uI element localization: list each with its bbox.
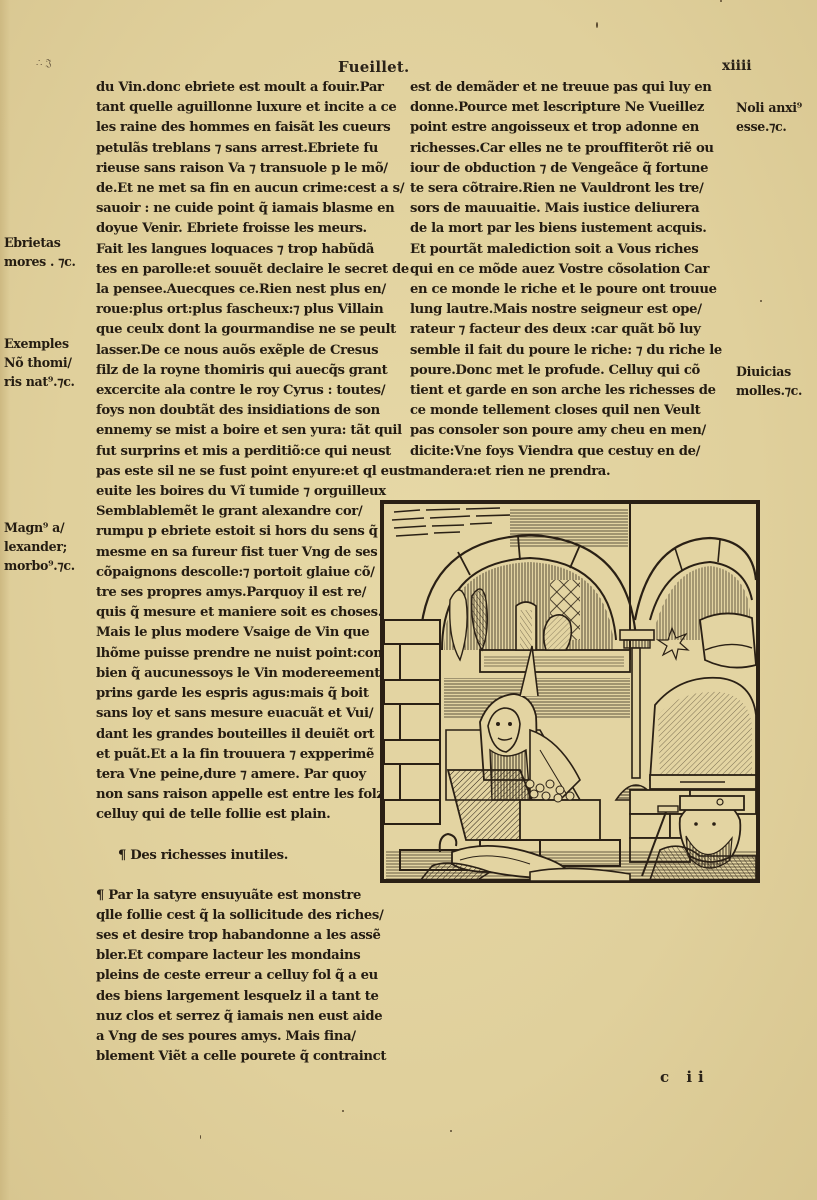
paper-speck <box>200 1135 201 1139</box>
text-line: prins garde les espris agus:mais q̃ boit <box>96 684 416 704</box>
text-line: lasser.De ce nous auõs exẽple de Cresus <box>96 341 416 361</box>
text-line: a Vng de ses poures amys. Mais fina/ <box>96 1027 416 1047</box>
text-line: blement Viẽt a celle pourete q̃ contrain… <box>96 1047 416 1067</box>
margin-note-line: morbo⁹.⁊c. <box>4 556 75 575</box>
text-line: tant quelle aguillonne luxure et incite … <box>96 98 416 118</box>
paper-speck <box>450 1130 452 1132</box>
text-line: te sera cõtraire.Rien ne Vauldront les t… <box>410 179 735 199</box>
text-line: richesses.Car elles ne te prouffiterõt r… <box>410 139 735 159</box>
margin-note-line: Nõ thomi/ <box>4 353 75 372</box>
text-line: roue:plus ort:plus fascheux:⁊ plus Villa… <box>96 300 416 320</box>
text-line: pas consoler son poure amy cheu en men/ <box>410 421 735 441</box>
text-line: lung lautre.Mais nostre seigneur est ope… <box>410 300 735 320</box>
folio-number: xiiii <box>722 58 752 74</box>
text-line: euite les boires du Vĩ tumide ⁊ orguille… <box>96 482 416 502</box>
text-line: iour de obduction ⁊ de Vengeãce q̃ fortu… <box>410 159 735 179</box>
margin-note-line: Noli anxi⁹ <box>736 98 802 117</box>
paper-speck <box>720 0 722 2</box>
text-line: excercite ala contre le roy Cyrus : tout… <box>96 381 416 401</box>
text-line: Fait les langues loquaces ⁊ trop habũdã <box>96 240 416 260</box>
text-line: sauoir : ne cuide point q̃ iamais blasme… <box>96 199 416 219</box>
text-line: tera Vne peine,dure ⁊ amere. Par quoy <box>96 765 416 785</box>
text-line: donne.Pource met lescripture Ne Vueillez <box>410 98 735 118</box>
margin-note-line: ris nat⁹.⁊c. <box>4 372 75 391</box>
section-heading: ¶ Des richesses inutiles. <box>96 846 416 866</box>
text-line: poure.Donc met le profude. Celluy qui cõ <box>410 361 735 381</box>
text-line: bler.Et compare lacteur les mondains <box>96 946 416 966</box>
margin-note-line: esse.⁊c. <box>736 117 802 136</box>
text-line: Et pourtãt malediction soit a Vous riche… <box>410 240 735 260</box>
text-line: doyue Venir. Ebriete froisse les meurs. <box>96 219 416 239</box>
text-line: la pensee.Auecques ce.Rien nest plus en/ <box>96 280 416 300</box>
text-line: Mais le plus modere Vsaige de Vin que <box>96 623 416 643</box>
text-line: rateur ⁊ facteur des deux :car quãt bõ l… <box>410 320 735 340</box>
text-line: cõpaignons descolle:⁊ portoit glaiue cõ/ <box>96 563 416 583</box>
text-line: en ce monde le riche et le poure ont tro… <box>410 280 735 300</box>
margin-note-line: Ebrietas <box>4 233 76 252</box>
text-line: est de demãder et ne treuue pas qui luy … <box>410 78 735 98</box>
text-line: ce monde tellement closes quil nen Veult <box>410 401 735 421</box>
paper-speck <box>760 300 762 302</box>
text-line: rumpu p ebriete estoit si hors du sens q… <box>96 522 416 542</box>
text-line: lhõme puisse prendre ne nuist point:com/ <box>96 644 416 664</box>
text-line: mesme en sa fureur fist tuer Vng de ses <box>96 543 416 563</box>
text-line: tre ses propres amys.Parquoy il est re/ <box>96 583 416 603</box>
miser-woodcut-icon <box>380 500 760 883</box>
text-line: mandera:et rien ne prendra. <box>410 462 735 482</box>
text-line: que ceulx dont la gourmandise ne se peul… <box>96 320 416 340</box>
text-line: de.Et ne met sa fin en aucun crime:cest … <box>96 179 416 199</box>
right-column: est de demãder et ne treuue pas qui luy … <box>410 78 735 482</box>
text-line: sans loy et sans mesure euacuãt et Vui/ <box>96 704 416 724</box>
margin-note-diuicias: Diuicias molles.⁊c. <box>736 362 802 400</box>
text-line: de la mort par les biens iustement acqui… <box>410 219 735 239</box>
text-line: celluy qui de telle follie est plain. <box>96 805 416 825</box>
text-line: petulãs treblans ⁊ sans arrest.Ebriete f… <box>96 139 416 159</box>
signature-mark: c ii <box>660 1068 710 1086</box>
woodcut-illustration <box>380 500 760 883</box>
text-line: tient et garde en son arche les richesse… <box>410 381 735 401</box>
margin-note-noli-anxius: Noli anxi⁹ esse.⁊c. <box>736 98 802 136</box>
margin-note-alexander: Magn⁹ a/ lexander; morbo⁹.⁊c. <box>4 518 75 575</box>
text-line: et puãt.Et a la fin trouuera ⁊ expperimẽ <box>96 745 416 765</box>
text-line: filz de la royne thomiris qui auecq̃s gr… <box>96 361 416 381</box>
text-line: non sans raison appelle est entre les fo… <box>96 785 416 805</box>
spacer <box>96 866 416 886</box>
margin-note-exemples: Exemples Nõ thomi/ ris nat⁹.⁊c. <box>4 334 75 391</box>
margin-note-line: Magn⁹ a/ <box>4 518 75 537</box>
text-line: qui en ce mõde auez Vostre cõsolation Ca… <box>410 260 735 280</box>
text-line: foys non doubtãt des insidiations de son <box>96 401 416 421</box>
text-line: rieuse sans raison Va ⁊ transuole p le m… <box>96 159 416 179</box>
margin-note-line: Exemples <box>4 334 75 353</box>
text-line: ennemy se mist a boire et sen yura: tãt … <box>96 421 416 441</box>
text-line: pas este sil ne se fust point enyure:et … <box>96 462 416 482</box>
text-line: ses et desire trop habandonne a les assẽ <box>96 926 416 946</box>
margin-note-line: Diuicias <box>736 362 802 381</box>
margin-note-line: molles.⁊c. <box>736 381 802 400</box>
text-line: sors de mauuaitie. Mais iustice deliurer… <box>410 199 735 219</box>
text-line: point estre angoisseux et trop adonne en <box>410 118 735 138</box>
corner-mark: ∴ 𝔍 <box>36 58 52 69</box>
text-line: bien q̃ aucunessoys le Vin modereement <box>96 664 416 684</box>
text-line: semble il fait du poure le riche: ⁊ du r… <box>410 341 735 361</box>
book-page: ∴ 𝔍 Fueillet. xiiii du Vin.donc ebriete … <box>0 0 817 1200</box>
text-line: les raine des hommes en faisãt les cueur… <box>96 118 416 138</box>
text-line: des biens largement lesquelz il a tant t… <box>96 987 416 1007</box>
text-line: nuz clos et serrez q̃ iamais nen eust ai… <box>96 1007 416 1027</box>
text-line: Semblablemẽt le grant alexandre cor/ <box>96 502 416 522</box>
text-line: pleins de ceste erreur a celluy fol q̃ a… <box>96 966 416 986</box>
text-line: dicite:Vne foys Viendra que cestuy en de… <box>410 442 735 462</box>
running-head: ∴ 𝔍 Fueillet. xiiii <box>0 58 817 80</box>
margin-note-line: lexander; <box>4 537 75 556</box>
text-line: qlle follie cest q̃ la sollicitude des r… <box>96 906 416 926</box>
spacer <box>96 826 416 846</box>
text-line: ¶ Par la satyre ensuyuãte est monstre <box>96 886 416 906</box>
text-line: tes en parolle:et souuẽt declaire le sec… <box>96 260 416 280</box>
running-head-title: Fueillet. <box>338 58 409 76</box>
text-line: dant les grandes bouteilles il deuiẽt or… <box>96 725 416 745</box>
text-line: fut surprins et mis a perditiõ:ce qui ne… <box>96 442 416 462</box>
gutter-shadow <box>0 0 10 1200</box>
text-line: quis q̃ mesure et maniere soit es choses… <box>96 603 416 623</box>
margin-note-line: mores . ⁊c. <box>4 252 76 271</box>
paper-speck <box>342 1110 344 1112</box>
margin-note-ebrietas: Ebrietas mores . ⁊c. <box>4 233 76 271</box>
paper-speck <box>596 22 598 28</box>
text-line: du Vin.donc ebriete est moult a fouir.Pa… <box>96 78 416 98</box>
left-column: du Vin.donc ebriete est moult a fouir.Pa… <box>96 78 416 1067</box>
